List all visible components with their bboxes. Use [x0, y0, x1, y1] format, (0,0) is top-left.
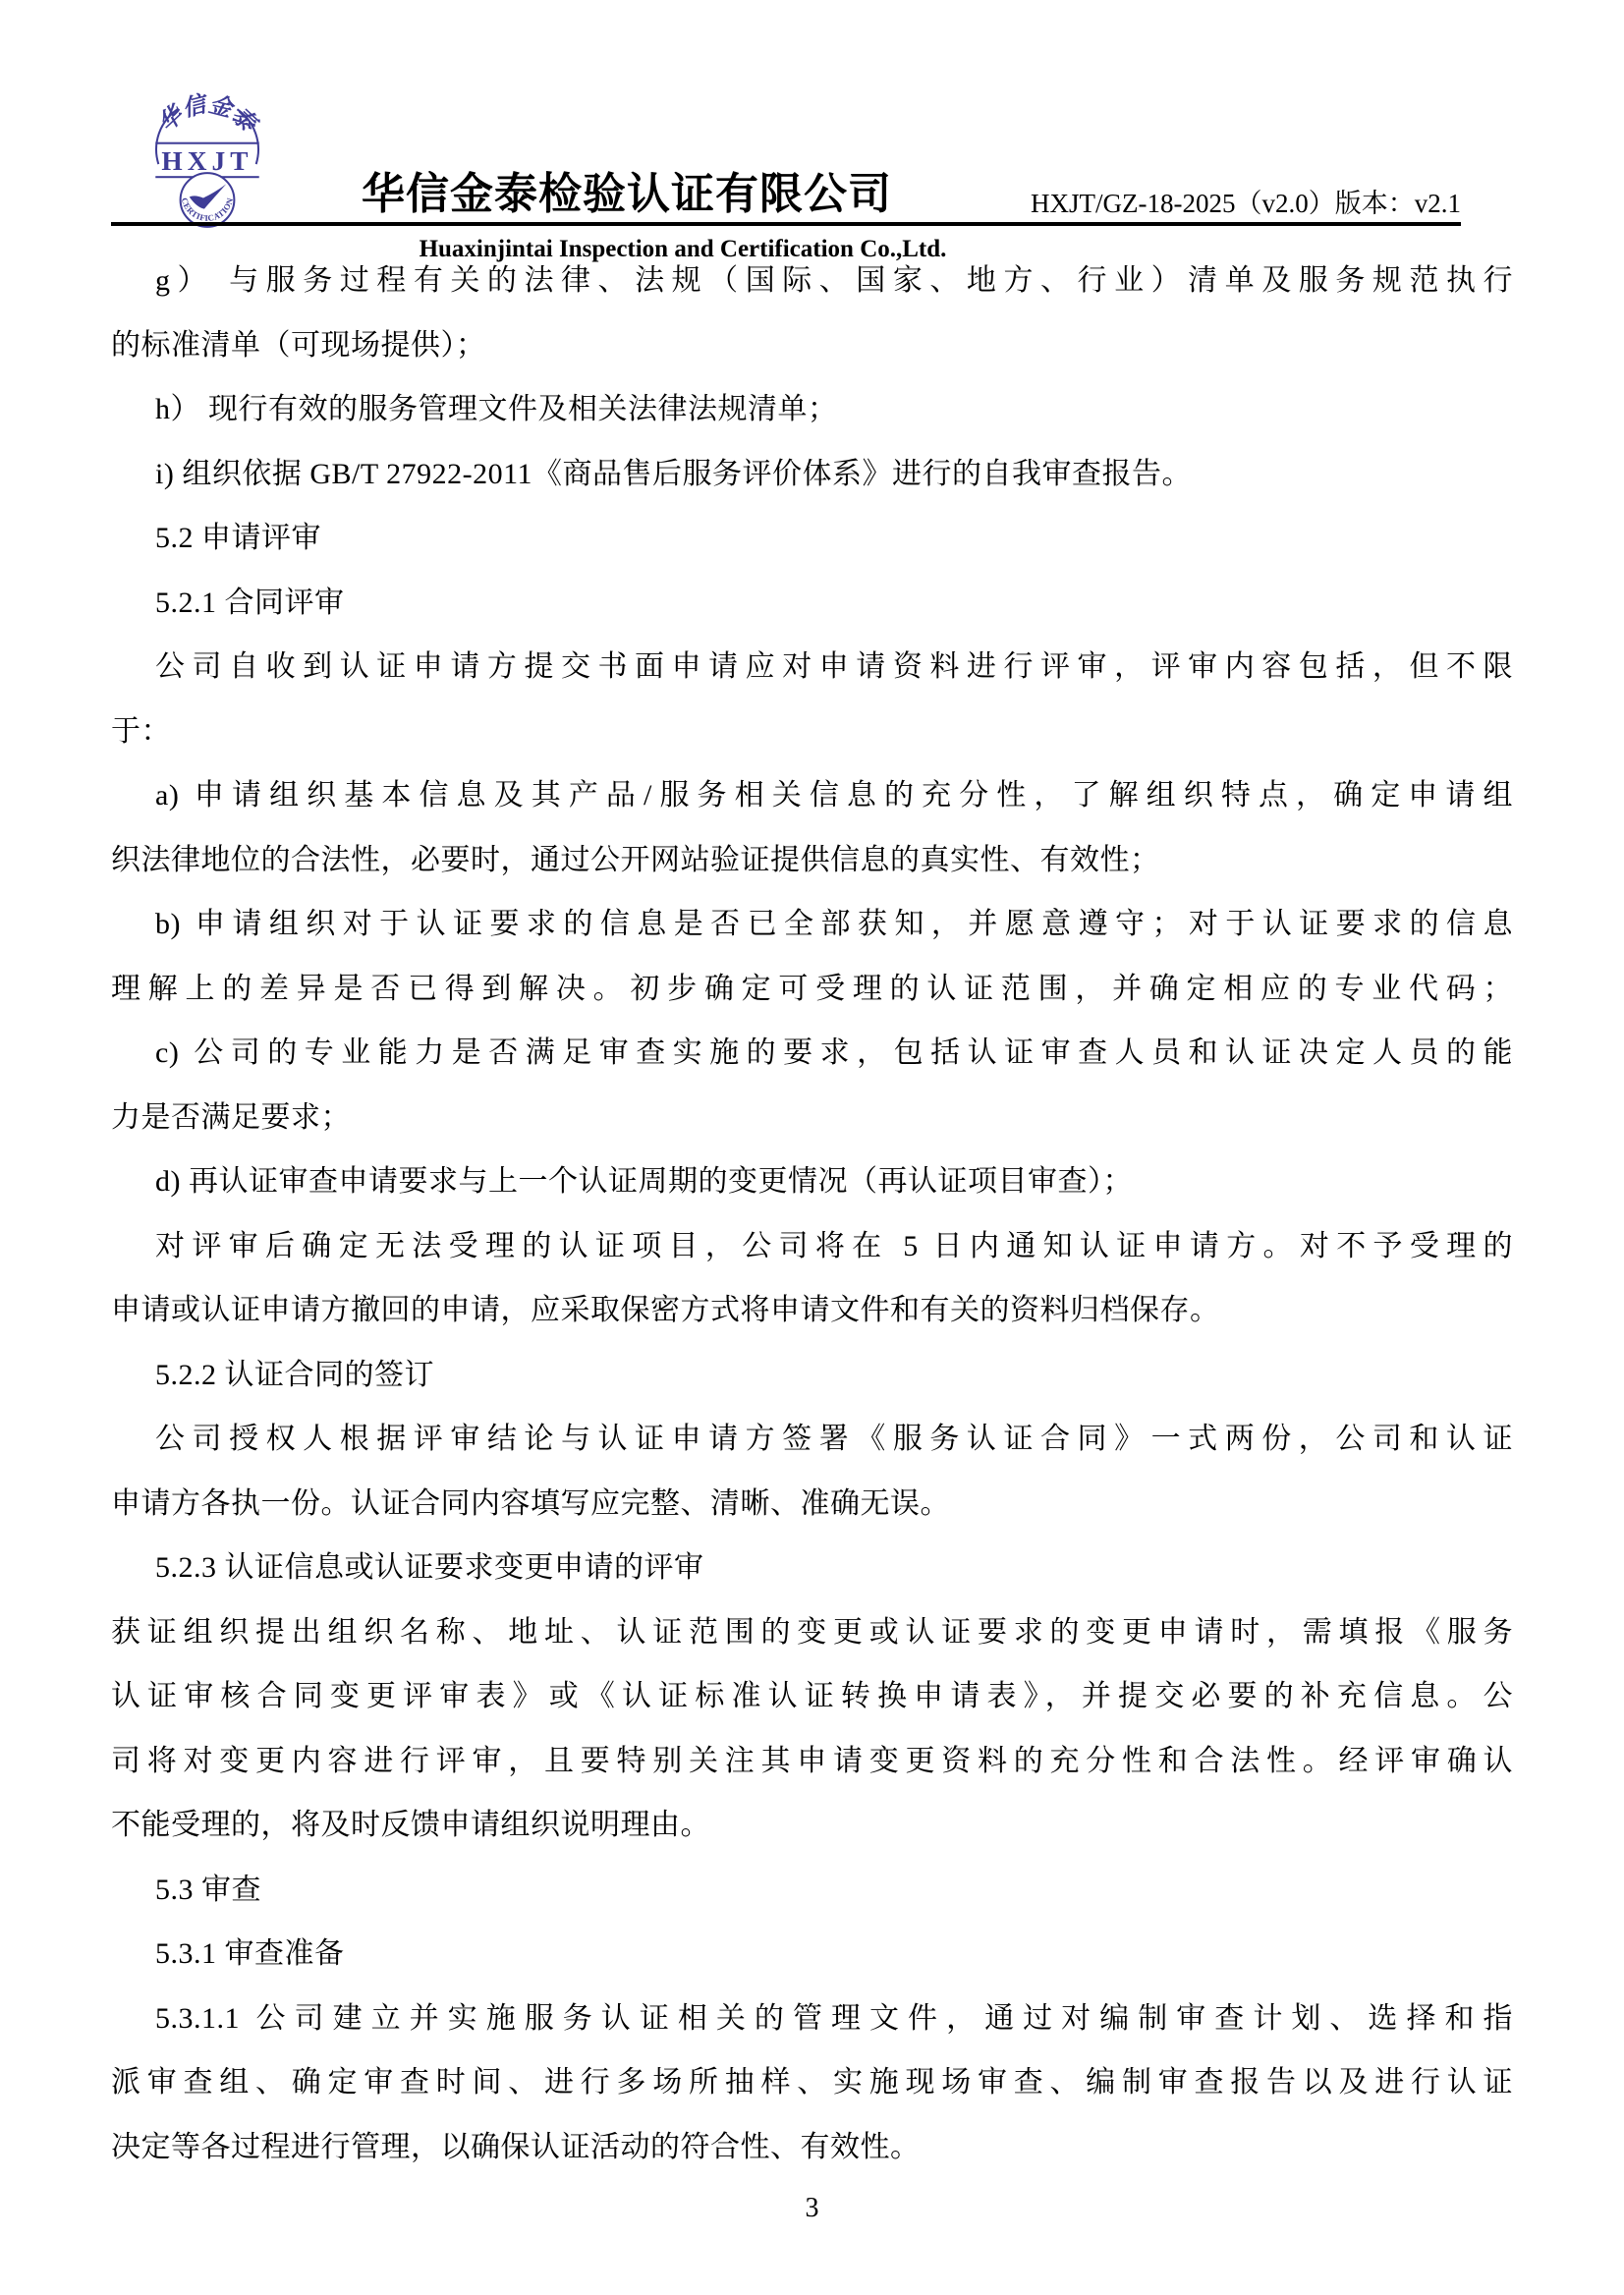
body-line: 5.2.2 认证合同的签订 [111, 1356, 1513, 1395]
body-line: g） 与服务过程有关的法律、法规（国际、国家、地方、行业）清单及服务规范执行 [111, 261, 1513, 301]
body-line: 申请或认证申请方撤回的申请，应采取保密方式将申请文件和有关的资料归档保存。 [111, 1291, 1513, 1330]
body-line: 对评审后确定无法受理的认证项目，公司将在 5 日内通知认证申请方。对不予受理的 [111, 1227, 1513, 1266]
document-page: 华信金泰 HXJT CERTIFICATION 华信金泰检验认证有限公司 HXJ… [0, 0, 1624, 2295]
body-line: 决定等各过程进行管理，以确保认证活动的符合性、有效性。 [111, 2128, 1513, 2167]
body-line: h） 现行有效的服务管理文件及相关法律法规清单； [111, 390, 1513, 429]
body-line: c) 公司的专业能力是否满足审查实施的要求，包括认证审查人员和认证决定人员的能 [111, 1034, 1513, 1073]
body-line: 不能受理的，将及时反馈申请组织说明理由。 [111, 1806, 1513, 1845]
body-line: 派审查组、确定审查时间、进行多场所抽样、实施现场审查、编制审查报告以及进行认证 [111, 2063, 1513, 2102]
body-line: i) 组织依据 GB/T 27922-2011《商品售后服务评价体系》进行的自我… [111, 455, 1513, 494]
body-line: 5.2.3 认证信息或认证要求变更申请的评审 [111, 1548, 1513, 1588]
body-line: 5.2 申请评审 [111, 519, 1513, 558]
body-line: b) 申请组织对于认证要求的信息是否已全部获知，并愿意遵守；对于认证要求的信息 [111, 905, 1513, 944]
body-line: 5.3.1 审查准备 [111, 1934, 1513, 1974]
body-line: 理解上的差异是否已得到解决。初步确定可受理的认证范围，并确定相应的专业代码； [111, 970, 1513, 1009]
body-line: 织法律地位的合法性，必要时，通过公开网站验证提供信息的真实性、有效性； [111, 841, 1513, 880]
page-number: 3 [0, 2191, 1624, 2226]
body-line: 的标准清单（可现场提供）； [111, 326, 1513, 365]
body-line: 获证组织提出组织名称、地址、认证范围的变更或认证要求的变更申请时，需填报《服务 [111, 1613, 1513, 1652]
body-line: 于： [111, 712, 1513, 752]
body-line: d) 再认证审查申请要求与上一个认证周期的变更情况（再认证项目审查）； [111, 1162, 1513, 1202]
body-line: 公司授权人根据评审结论与认证申请方签署《服务认证合同》一式两份，公司和认证 [111, 1420, 1513, 1459]
body-line: 5.2.1 合同评审 [111, 584, 1513, 623]
body-line: 认证审核合同变更评审表》或《认证标准认证转换申请表》，并提交必要的补充信息。公 [111, 1677, 1513, 1716]
body-line: 5.3.1.1 公司建立并实施服务认证相关的管理文件，通过对编制审查计划、选择和… [111, 1999, 1513, 2039]
body-line: 5.3 审查 [111, 1871, 1513, 1910]
body-line: 公司自收到认证申请方提交书面申请应对申请资料进行评审，评审内容包括，但不限 [111, 647, 1513, 687]
body-line: 申请方各执一份。认证合同内容填写应完整、清晰、准确无误。 [111, 1484, 1513, 1524]
body-line: a) 申请组织基本信息及其产品/服务相关信息的充分性，了解组织特点，确定申请组 [111, 776, 1513, 815]
body-line: 司将对变更内容进行评审，且要特别关注其申请变更资料的充分性和合法性。经评审确认 [111, 1742, 1513, 1781]
body-line: 力是否满足要求； [111, 1098, 1513, 1138]
document-body: g） 与服务过程有关的法律、法规（国际、国家、地方、行业）清单及服务规范执行的标… [0, 0, 1624, 2295]
